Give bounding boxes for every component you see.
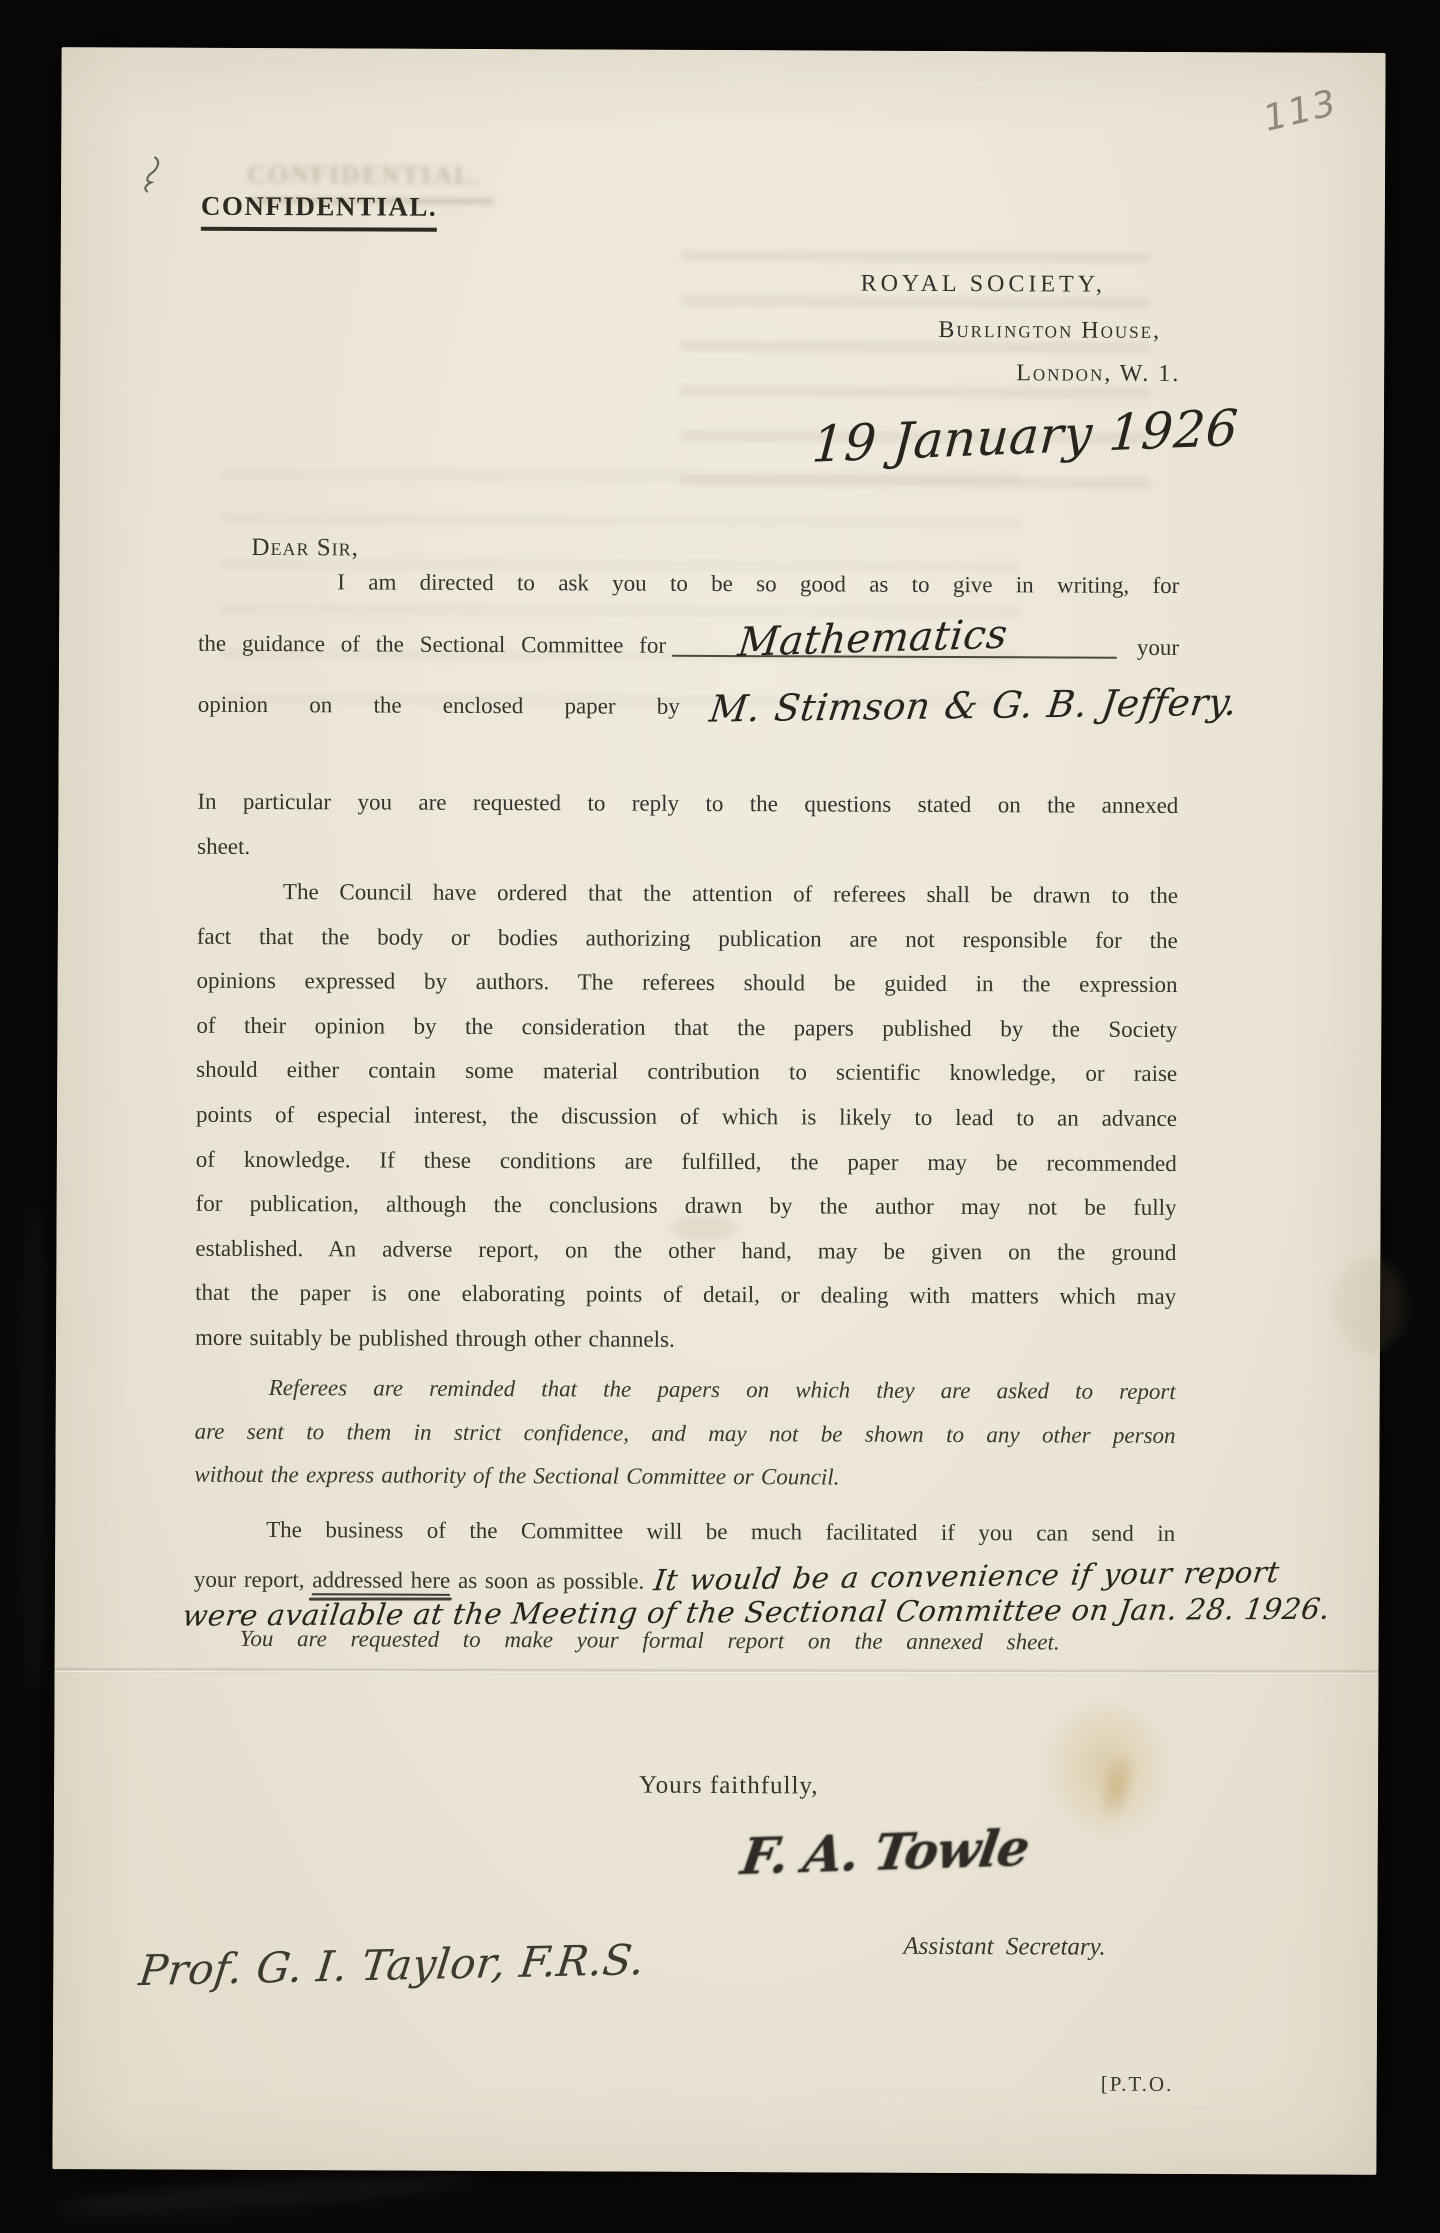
- paragraph-annexed: In particular you are requested to reply…: [197, 779, 1178, 873]
- paper-stain: [1334, 1258, 1404, 1353]
- paragraph-line: that the paper is one elaborating points…: [195, 1271, 1176, 1320]
- handwritten-recipient: Prof. G. I. Taylor, F.R.S.: [136, 1935, 647, 1995]
- letterhead-city: London, W. 1.: [1016, 360, 1180, 388]
- paragraph-line: The Council have ordered that the attent…: [197, 870, 1178, 919]
- paragraph-line: opinions expressed by authors. The refer…: [196, 959, 1177, 1008]
- signer-title: Assistant Secretary.: [903, 1933, 1105, 1962]
- page-turn-over-note: [P.T.O.: [1101, 2072, 1174, 2097]
- background-smudge: [20, 1200, 50, 1700]
- page-number-annotation: 113: [1260, 82, 1342, 140]
- paragraph-line: In particular you are requested to reply…: [197, 779, 1178, 828]
- paragraph-line: points of especial interest, the discuss…: [196, 1093, 1177, 1142]
- paragraph-line: for publication, although the conclusion…: [195, 1182, 1176, 1231]
- paragraph-line: more suitably be published through other…: [195, 1316, 1176, 1365]
- handwritten-date: 19 January 1926: [810, 399, 1240, 474]
- intro-line-2-suffix: your: [1137, 635, 1179, 661]
- paragraph-line: Referees are reminded that the papers on…: [195, 1366, 1176, 1414]
- handwritten-insert-line-1: It would be a convenience if your report: [652, 1555, 1282, 1597]
- ink-mark-icon: [141, 151, 175, 200]
- intro-line-2: the guidance of the Sectional Committee …: [198, 615, 1179, 667]
- paper-stain: [1091, 1747, 1142, 1827]
- letterhead-society: ROYAL SOCIETY,: [861, 271, 1106, 299]
- letter-page: CONFIDENTIAL. 113 CONFIDENTIAL. ROYAL SO…: [52, 47, 1385, 2175]
- paragraph-line: should either contain some material cont…: [196, 1048, 1177, 1097]
- salutation: Dear Sir,: [251, 534, 359, 562]
- background-smudge: [60, 2165, 481, 2220]
- business-line-2-suffix: as soon as possible.: [450, 1568, 644, 1594]
- paragraph-line: are sent to them in strict confidence, a…: [195, 1409, 1176, 1457]
- valediction: Yours faithfully,: [639, 1772, 819, 1801]
- paragraph-line: sheet.: [197, 824, 1178, 873]
- business-line-2-prefix: your report,: [194, 1567, 312, 1593]
- intro-line-2-text: the guidance of the Sectional Committee …: [198, 631, 666, 659]
- intro-line-3-text: opinion on the enclosed paper by: [198, 692, 680, 720]
- signature: F. A. Towle: [738, 1818, 1033, 1886]
- paper-stain: [1039, 1703, 1175, 1844]
- paragraph-line: of knowledge. If these conditions are fu…: [196, 1137, 1177, 1186]
- intro-line-3: opinion on the enclosed paper by M. Stim…: [198, 670, 1179, 736]
- paragraph-council: The Council have ordered that the attent…: [195, 870, 1178, 1365]
- handwritten-authors: M. Stimson & G. B. Jeffery.: [707, 681, 1240, 731]
- classification-heading: CONFIDENTIAL.: [201, 191, 437, 232]
- photo-background: CONFIDENTIAL. 113 CONFIDENTIAL. ROYAL SO…: [0, 0, 1440, 2233]
- paragraph-line: fact that the body or bodies authorizing…: [197, 914, 1178, 963]
- paragraph-formal-report: You are requested to make your formal re…: [240, 1626, 1060, 1656]
- handwritten-subject: Mathematics: [736, 611, 1010, 665]
- letterhead-address: Burlington House,: [938, 317, 1161, 345]
- fold-crease: [55, 1667, 1379, 1676]
- intro-line-1: I am directed to ask you to be so good a…: [198, 569, 1179, 599]
- paragraph-line: without the express authority of the Sec…: [194, 1453, 1175, 1501]
- paragraph-line: established. An adverse report, on the o…: [195, 1226, 1176, 1275]
- paragraph-line: of their opinion by the consideration th…: [196, 1004, 1177, 1053]
- paragraph-confidence: Referees are reminded that the papers on…: [194, 1366, 1176, 1501]
- business-line-2-underlined: addressed here: [312, 1567, 450, 1596]
- paragraph-business-line-1: The business of the Committee will be mu…: [194, 1517, 1175, 1547]
- ghost-showthrough-heading: CONFIDENTIAL.: [247, 160, 482, 191]
